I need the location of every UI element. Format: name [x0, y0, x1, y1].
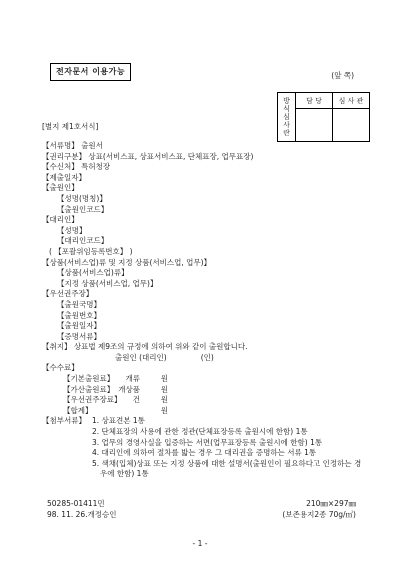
field-agent-name: 【성명】 [42, 226, 367, 237]
fee-priority-unit: 건 [118, 395, 140, 406]
stamp-box-header-row: 담 당 심 사 관 [296, 93, 369, 109]
stamp-header-in-charge: 담 당 [296, 93, 333, 108]
stamp-box-body-row [296, 109, 369, 141]
fee-total-amount: 원 [140, 406, 168, 417]
field-priority-application-number: 【출원번호】 [42, 311, 367, 322]
attachment-item-5: 5. 색채(입체)상표 또는 지정 상품에 대한 설명서(출원인이 필요하다고 … [92, 459, 364, 480]
footer-revision-date: 98. 11. 26.개정승인 [47, 510, 117, 521]
field-document-name: 【서류명】 출원서 [42, 141, 367, 152]
attachment-item-3: 3. 업무의 경영사실을 입증하는 서면(업무표장등록 출원시에 한함) 1통 [92, 438, 364, 449]
fee-basic-amount: 원 [140, 374, 168, 385]
attachment-item-2: 2. 단체표장의 사용에 관한 정관(단체표장등록 출원시에 한함) 1통 [92, 427, 364, 438]
field-priority-country: 【출원국명】 [42, 300, 367, 311]
field-applicant-name: 【성명(명칭)】 [42, 194, 367, 205]
field-applicant-code: 【출원인코드】 [42, 205, 367, 216]
signature-line: 출원인 (대리인)(인) [42, 353, 367, 364]
field-submission-date: 【제출일자】 [42, 173, 367, 184]
signature-seal-mark: (인) [201, 353, 214, 364]
attachments-list: 1. 상표견본 1통 2. 단체표장의 사용에 관한 정관(단체표장등록 출원시… [92, 416, 364, 480]
signature-applicant-agent: 출원인 (대리인) [115, 353, 167, 362]
field-priority-claim: 【우선권주장】 [42, 289, 367, 300]
fee-total-label: 【합계】 [63, 406, 118, 417]
fee-row-priority: 【우선권주장료】 건 원 [42, 395, 367, 406]
fees-section-label: 【수수료】 [42, 363, 367, 374]
fee-additional-unit: 개상품 [118, 385, 140, 396]
attachment-item-1: 1. 상표견본 1통 [92, 416, 364, 427]
stamp-cell-in-charge [296, 109, 333, 141]
stamp-cell-examiner [333, 109, 369, 141]
field-agent-code: 【대리인코드】 [42, 236, 367, 247]
form-reference-label: [별지 제1호서식] [42, 121, 98, 132]
footer-doc-code: 50285-01411민 [47, 499, 117, 510]
fee-row-additional: 【가산출원료】 개상품 원 [42, 385, 367, 396]
fee-basic-label: 【기본출원료】 [63, 374, 118, 385]
footer-paper-spec: (보존용지2종 70g/㎡) [282, 510, 356, 521]
page-number: - 1 - [0, 539, 400, 548]
attachments-section: 【첨부서류】 1. 상표견본 1통 2. 단체표장의 사용에 관한 정관(단체표… [42, 416, 367, 480]
field-priority-application-date: 【출원일자】 [42, 321, 367, 332]
field-purpose-statement: 【취지】 상표법 제9조의 규정에 의하여 위와 같이 출원합니다. [42, 342, 367, 353]
footer-left-block: 50285-01411민 98. 11. 26.개정승인 [47, 499, 117, 520]
electronic-document-badge: 전자문서 이용가능 [50, 63, 131, 81]
formality-examination-stamp-box: 방식심사란 담 당 심 사 관 [277, 92, 370, 142]
stamp-header-examiner: 심 사 관 [333, 93, 369, 108]
field-applicant: 【출원인】 [42, 183, 367, 194]
stamp-box-columns: 담 당 심 사 관 [296, 93, 369, 141]
field-goods-class: 【상품(서비스업)류】 [42, 268, 367, 279]
attachments-section-label: 【첨부서류】 [42, 416, 92, 480]
document-page: 전자문서 이용가능 (앞 쪽) 방식심사란 담 당 심 사 관 [별지 제1호서… [0, 0, 400, 565]
attachment-item-4: 4. 대리인에 의하여 절차를 밟는 경우 그 대리권을 증명하는 서류 1통 [92, 448, 364, 459]
fee-priority-amount: 원 [140, 395, 168, 406]
form-body: 【서류명】 출원서 【권리구분】 상표(서비스표, 상표서비스표, 단체표장, … [42, 141, 367, 480]
field-priority-proof-documents: 【증명서류】 [42, 332, 367, 343]
field-recipient: 【수신처】 특허청장 [42, 162, 367, 173]
fee-priority-label: 【우선권주장료】 [63, 395, 118, 406]
fee-basic-unit: 개류 [118, 374, 140, 385]
footer-right-block: 210㎜×297㎜ (보존용지2종 70g/㎡) [282, 499, 356, 520]
field-general-power-of-attorney-number: ( 【포괄위임등록번호】 ) [42, 247, 367, 258]
fee-additional-label: 【가산출원료】 [63, 385, 118, 396]
stamp-box-vertical-label: 방식심사란 [278, 93, 296, 141]
fee-total-unit [118, 406, 140, 417]
fee-row-total: 【합계】 원 [42, 406, 367, 417]
fee-additional-amount: 원 [140, 385, 168, 396]
field-right-category: 【권리구분】 상표(서비스표, 상표서비스표, 단체표장, 업무표장) [42, 152, 367, 163]
fee-row-basic: 【기본출원료】 개류 원 [42, 374, 367, 385]
field-goods-class-and-designated-goods: 【상품(서비스업)류 및 지정 상품(서비스업, 업무)】 [42, 258, 367, 269]
field-designated-goods: 【지정 상품(서비스업, 업무)】 [42, 279, 367, 290]
footer-paper-size: 210㎜×297㎜ [282, 499, 356, 510]
front-side-label: (앞 쪽) [331, 70, 354, 81]
field-agent: 【대리인】 [42, 215, 367, 226]
